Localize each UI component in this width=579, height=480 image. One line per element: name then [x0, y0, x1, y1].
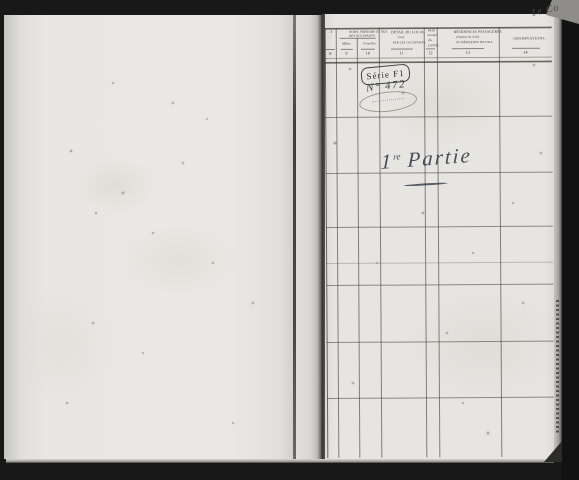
column-number: 9: [336, 50, 357, 57]
section-title-word: Partie: [407, 143, 472, 172]
column-number: 8: [325, 50, 336, 57]
column-number-text: 12: [427, 51, 434, 55]
column-number: 11: [379, 49, 424, 56]
register-table: …É … NOMS, PRÉNOMS ET ÂGE DES OCCUPANTS.…: [0, 0, 579, 480]
header-text: OU RÉSIDENCE DE FAIT.: [456, 41, 480, 43]
header-text: OBSERVATIONS.: [513, 37, 537, 40]
header-text: loué: [392, 36, 410, 38]
table-header-cell-detail: DÉTAIL DU LOCAL loué PAR LES OCCUPANTS.: [379, 29, 424, 44]
column-number-text: 10: [362, 51, 374, 55]
section-title-numeral: 1: [380, 149, 393, 174]
column-number-text: 14: [511, 50, 540, 54]
column-number: 12: [424, 49, 437, 56]
column-number: 10: [357, 50, 379, 57]
table-header-cell-prix: PRIX annuel du LOYER.: [424, 28, 437, 48]
header-text: PRIX: [428, 29, 433, 31]
table-header-cell-numero: …É …: [324, 30, 336, 39]
column-number: 14: [499, 49, 552, 56]
column-number-text: 13: [451, 51, 485, 55]
table-header-cell-observations: OBSERVATIONS.: [499, 36, 552, 42]
header-text: (époque de leur): [455, 36, 480, 38]
paper-specks: [0, 0, 2, 2]
header-text: LOYER.: [428, 44, 433, 46]
header-text: …: [327, 36, 332, 38]
section-title-suffix: re: [393, 151, 400, 162]
header-text: …É: [327, 31, 332, 33]
table-header-cell-males: Mâles.: [336, 41, 357, 46]
header-text: PAR LES OCCUPANTS.: [393, 42, 410, 44]
column-number-text: 11: [389, 51, 414, 55]
header-text: Mâles.: [342, 42, 350, 44]
document-scan: …É … NOMS, PRÉNOMS ET ÂGE DES OCCUPANTS.…: [0, 0, 579, 480]
table-header-cell-femelles: Femelles.: [357, 41, 379, 46]
column-number: 13: [437, 49, 499, 56]
table-grid-rules: [325, 27, 555, 458]
table-header-cell-residences: RÉSIDENCES PASSAGÈRES, (époque de leur) …: [437, 29, 499, 45]
header-text: RÉSIDENCES PASSAGÈRES,: [454, 31, 482, 34]
column-number-text: 8: [327, 52, 333, 56]
header-text: Femelles.: [363, 42, 372, 44]
column-number-text: 9: [341, 51, 353, 55]
header-text: du: [428, 39, 433, 41]
header-text: DÉTAIL DU LOCAL: [391, 31, 411, 34]
header-text: annuel: [428, 34, 433, 36]
header-text: NOMS, PRÉNOMS ET ÂGE: [349, 31, 365, 33]
